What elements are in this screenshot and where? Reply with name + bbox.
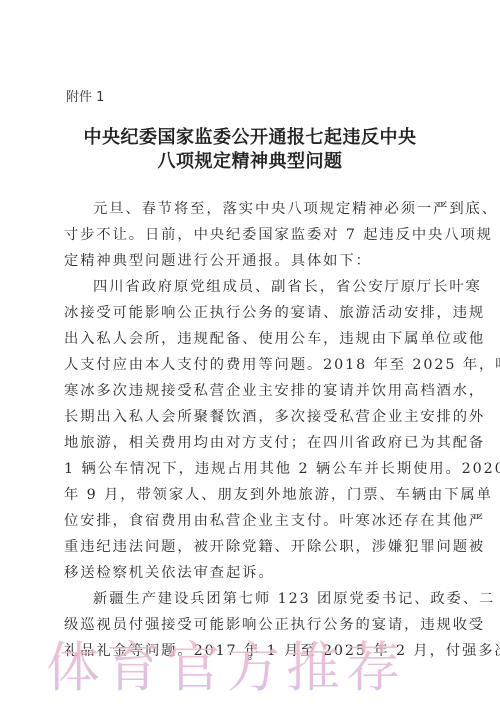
body-line: 寒冰多次违规接受私营企业主安排的宴请并饮用高档酒水，: [64, 378, 436, 404]
body-line: 位安排，食宿费用由私营企业主支付。叶寒冰还存在其他严: [64, 508, 436, 534]
document-title: 中央纪委国家监委公开通报七起违反中央 八项规定精神典型问题: [0, 126, 500, 174]
body-line: 新疆生产建设兵团第七师 123 团原党委书记、政委、二: [64, 586, 436, 612]
body-line: 地旅游，相关费用均由对方支付；在四川省政府已为其配备: [64, 430, 436, 456]
title-line: 中央纪委国家监委公开通报七起违反中央: [0, 126, 500, 150]
body-line: 移送检察机关依法审查起诉。: [64, 560, 436, 586]
body-line: 1 辆公车情况下，违规占用其他 2 辆公车并长期使用。2020: [64, 456, 436, 482]
body-line: 级巡视员付强接受可能影响公正执行公务的宴请，违规收受: [64, 612, 436, 638]
body-text: 元旦、春节将至，落实中央八项规定精神必须一严到底、寸步不让。日前，中央纪委国家监…: [64, 196, 436, 664]
body-line: 重违纪违法问题，被开除党籍、开除公职，涉嫌犯罪问题被: [64, 534, 436, 560]
attachment-label: 附件 1: [66, 86, 104, 105]
body-line: 长期出入私人会所聚餐饮酒，多次接受私营企业主安排的外: [64, 404, 436, 430]
body-line: 元旦、春节将至，落实中央八项规定精神必须一严到底、: [64, 196, 436, 222]
title-line: 八项规定精神典型问题: [0, 150, 500, 174]
body-line: 年 9 月，带领家人、朋友到外地旅游，门票、车辆由下属单: [64, 482, 436, 508]
body-line: 人支付应由本人支付的费用等问题。2018 年至 2025 年，叶: [64, 352, 436, 378]
body-line: 定精神典型问题进行公开通报。具体如下：: [64, 248, 436, 274]
body-line: 四川省政府原党组成员、副省长，省公安厅原厅长叶寒: [64, 274, 436, 300]
body-line: 寸步不让。日前，中央纪委国家监委对 7 起违反中央八项规: [64, 222, 436, 248]
watermark: 体育官方推荐: [46, 638, 446, 698]
body-line: 冰接受可能影响公正执行公务的宴请、旅游活动安排，违规: [64, 300, 436, 326]
body-line: 出入私人会所，违规配备、使用公车，违规由下属单位或他: [64, 326, 436, 352]
page-number: 3: [248, 655, 252, 662]
document-page: 附件 1 中央纪委国家监委公开通报七起违反中央 八项规定精神典型问题 元旦、春节…: [0, 0, 500, 707]
